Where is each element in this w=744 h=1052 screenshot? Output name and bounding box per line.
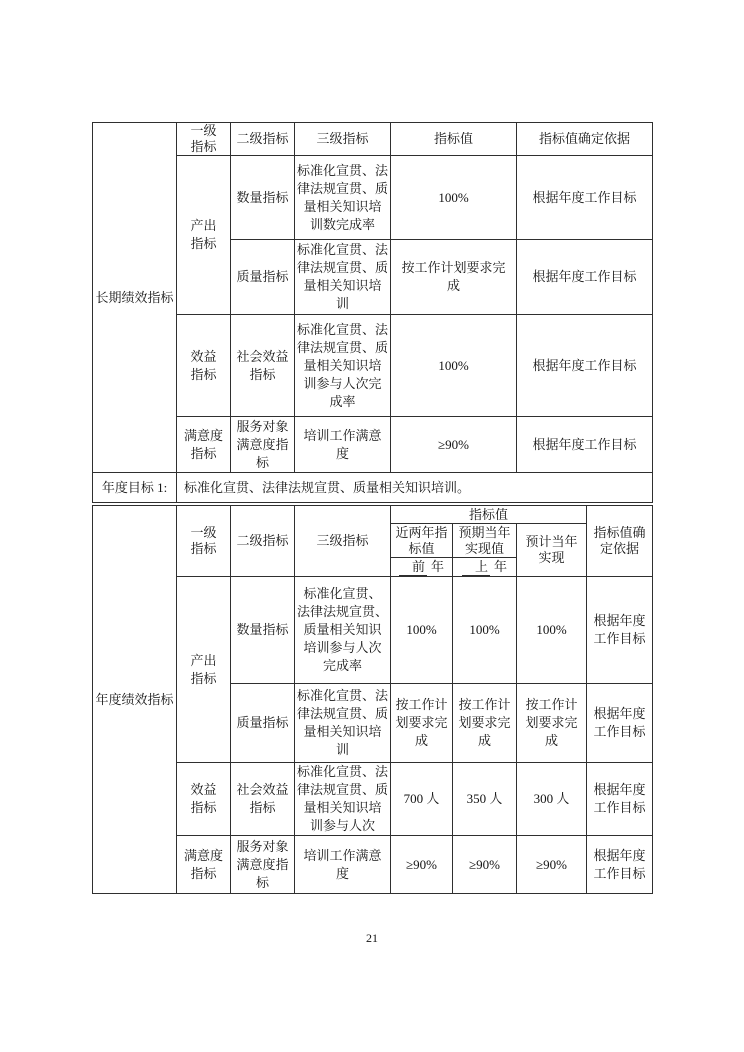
table-row: 产出 指标 数量指标 标准化宣贯、 法律法规宣贯、 质量相关知识 培训参与人次 … xyxy=(93,577,653,684)
header-expected-current-year: 预期当年 实现值 xyxy=(453,524,517,558)
cell-level1-satisfaction: 满意度 指标 xyxy=(177,417,231,473)
cell-level1-benefit: 效益 指标 xyxy=(177,315,231,417)
cell-level3-description: 培训工作满意 度 xyxy=(295,417,391,473)
cell-level3-description: 标准化宣贯、 法律法规宣贯、 质量相关知识 培训参与人次 完成率 xyxy=(295,577,391,684)
cell-indicator-value: 100% xyxy=(391,315,517,417)
table-row: 长期绩效指标 一级 指标 二级指标 三级指标 指标值 指标值确定依据 xyxy=(93,123,653,156)
cell-level2-quantity: 数量指标 xyxy=(231,577,295,684)
cell-value-predicted: 按工作计 划要求完 成 xyxy=(517,684,587,763)
header-predicted-current-year: 预计当年 实现 xyxy=(517,524,587,577)
cell-value-basis: 根据年度 工作目标 xyxy=(587,684,653,763)
cell-value-last-year: ≥90% xyxy=(453,836,517,894)
cell-value-basis: 根据年度工作目标 xyxy=(517,315,653,417)
cell-level2-quality: 质量指标 xyxy=(231,240,295,315)
header-level3-indicator: 三级指标 xyxy=(295,123,391,156)
fill-in-front-year-cell: 前年 xyxy=(391,558,453,577)
cell-level2-service-satisfaction: 服务对象 满意度指 标 xyxy=(231,836,295,894)
cell-level2-social-benefit: 社会效益 指标 xyxy=(231,763,295,836)
cell-value-basis: 根据年度 工作目标 xyxy=(587,763,653,836)
cell-value-predicted: ≥90% xyxy=(517,836,587,894)
annual-goal-row: 年度目标 1: 标准化宣贯、法律法规宣贯、质量相关知识培训。 xyxy=(93,473,653,503)
cell-value-basis: 根据年度工作目标 xyxy=(517,240,653,315)
cell-level3-description: 标准化宣贯、法 律法规宣贯、质 量相关知识培 训数完成率 xyxy=(295,156,391,240)
last-year-suffix: 年 xyxy=(494,559,507,575)
header-level2-indicator: 二级指标 xyxy=(231,123,295,156)
cell-level3-description: 培训工作满意 度 xyxy=(295,836,391,894)
cell-indicator-value: 100% xyxy=(391,156,517,240)
fill-in-last-year-cell: 上年 xyxy=(453,558,517,577)
table-row: 满意度 指标 服务对象 满意度指 标 培训工作满意 度 ≥90% ≥90% ≥9… xyxy=(93,836,653,894)
table-row: 效益 指标 社会效益 指标 标准化宣贯、法 律法规宣贯、质 量相关知识培 训参与… xyxy=(93,763,653,836)
cell-value-front-year: 100% xyxy=(391,577,453,684)
header-indicator-value: 指标值 xyxy=(391,123,517,156)
cell-level3-description: 标准化宣贯、法 律法规宣贯、质 量相关知识培 训 xyxy=(295,240,391,315)
cell-value-last-year: 350 人 xyxy=(453,763,517,836)
cell-level2-quality: 质量指标 xyxy=(231,684,295,763)
long-term-side-label: 长期绩效指标 xyxy=(93,123,177,473)
page-number: 21 xyxy=(0,930,744,946)
annual-side-label: 年度绩效指标 xyxy=(93,506,177,894)
cell-value-basis: 根据年度 工作目标 xyxy=(587,836,653,894)
cell-value-predicted: 300 人 xyxy=(517,763,587,836)
table-row: 满意度 指标 服务对象 满意度指 标 培训工作满意 度 ≥90% 根据年度工作目… xyxy=(93,417,653,473)
header-level3-indicator: 三级指标 xyxy=(295,506,391,577)
cell-value-last-year: 100% xyxy=(453,577,517,684)
front-year-suffix: 年 xyxy=(431,559,444,575)
cell-value-basis: 根据年度 工作目标 xyxy=(587,577,653,684)
cell-level3-description: 标准化宣贯、法 律法规宣贯、质 量相关知识培 训参与人次完 成率 xyxy=(295,315,391,417)
table-row: 效益 指标 社会效益 指标 标准化宣贯、法 律法规宣贯、质 量相关知识培 训参与… xyxy=(93,315,653,417)
header-recent-two-year-value: 近两年指 标值 xyxy=(391,524,453,558)
front-year-fill-blank: 前 xyxy=(399,559,427,576)
document-page: 长期绩效指标 一级 指标 二级指标 三级指标 指标值 指标值确定依据 产出 指标… xyxy=(0,0,744,1052)
cell-value-front-year: ≥90% xyxy=(391,836,453,894)
header-level1-indicator: 一级 指标 xyxy=(177,123,231,156)
table-row: 年度绩效指标 一级 指标 二级指标 三级指标 指标值 指标值确 定依据 xyxy=(93,506,653,524)
cell-level2-quantity: 数量指标 xyxy=(231,156,295,240)
cell-value-front-year: 700 人 xyxy=(391,763,453,836)
cell-level1-satisfaction: 满意度 指标 xyxy=(177,836,231,894)
long-term-indicators-table: 长期绩效指标 一级 指标 二级指标 三级指标 指标值 指标值确定依据 产出 指标… xyxy=(92,122,653,503)
cell-level3-description: 标准化宣贯、法 律法规宣贯、质 量相关知识培 训 xyxy=(295,684,391,763)
cell-level2-social-benefit: 社会效益 指标 xyxy=(231,315,295,417)
header-level1-indicator: 一级 指标 xyxy=(177,506,231,577)
cell-value-front-year: 按工作计 划要求完 成 xyxy=(391,684,453,763)
cell-level3-description: 标准化宣贯、法 律法规宣贯、质 量相关知识培 训参与人次 xyxy=(295,763,391,836)
annual-goal-content: 标准化宣贯、法律法规宣贯、质量相关知识培训。 xyxy=(177,473,653,503)
header-value-basis: 指标值确定依据 xyxy=(517,123,653,156)
header-value-basis: 指标值确 定依据 xyxy=(587,506,653,577)
header-indicator-value-group: 指标值 xyxy=(391,506,587,524)
header-level2-indicator: 二级指标 xyxy=(231,506,295,577)
cell-value-last-year: 按工作计 划要求完 成 xyxy=(453,684,517,763)
cell-level2-service-satisfaction: 服务对象 满意度指 标 xyxy=(231,417,295,473)
cell-value-basis: 根据年度工作目标 xyxy=(517,156,653,240)
cell-value-basis: 根据年度工作目标 xyxy=(517,417,653,473)
cell-indicator-value: 按工作计划要求完 成 xyxy=(391,240,517,315)
cell-indicator-value: ≥90% xyxy=(391,417,517,473)
cell-level1-output: 产出 指标 xyxy=(177,156,231,315)
cell-value-predicted: 100% xyxy=(517,577,587,684)
table-row: 产出 指标 数量指标 标准化宣贯、法 律法规宣贯、质 量相关知识培 训数完成率 … xyxy=(93,156,653,240)
cell-level1-output: 产出 指标 xyxy=(177,577,231,763)
cell-level1-benefit: 效益 指标 xyxy=(177,763,231,836)
annual-goal-label: 年度目标 1: xyxy=(93,473,177,503)
last-year-fill-blank: 上 xyxy=(462,559,490,576)
annual-indicators-table: 年度绩效指标 一级 指标 二级指标 三级指标 指标值 指标值确 定依据 近两年指… xyxy=(92,505,653,894)
